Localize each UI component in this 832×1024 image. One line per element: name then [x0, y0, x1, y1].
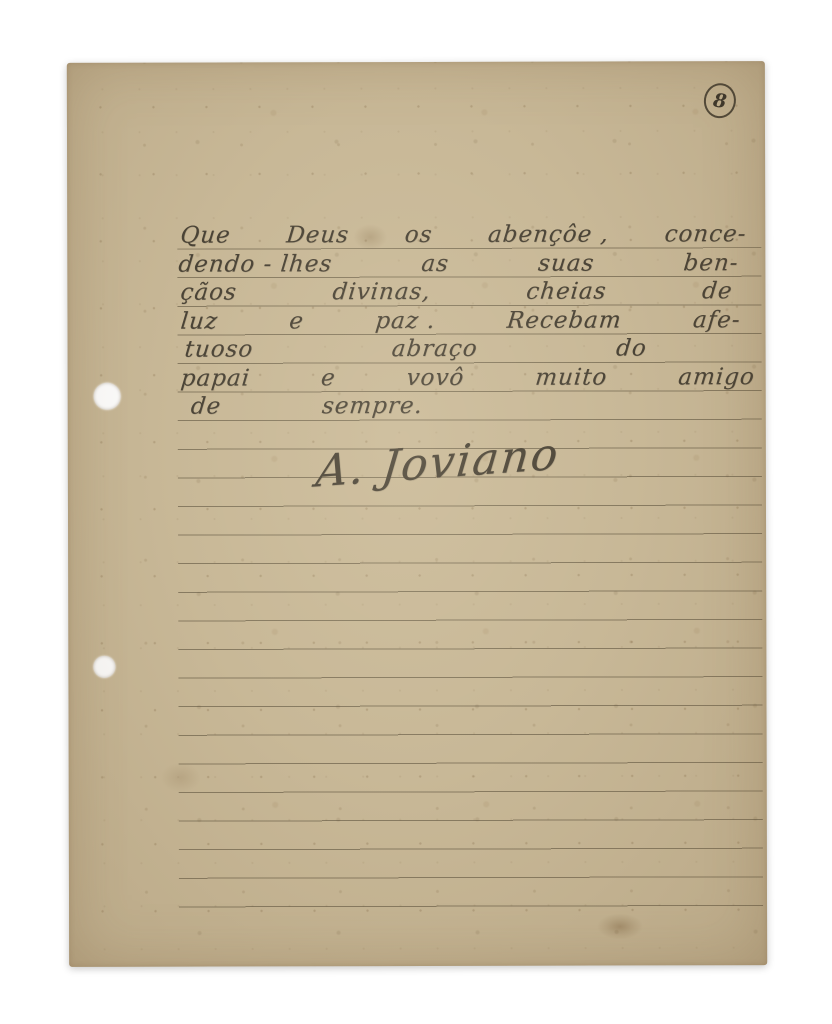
handwritten-word: e	[288, 308, 305, 334]
ruled-lines	[177, 247, 763, 911]
handwriting-line-1: Que Deus os abençôe , conce-	[179, 221, 748, 252]
handwritten-word: de	[190, 394, 223, 420]
handwritten-word: abençôe ,	[487, 221, 610, 247]
handwritten-word: paz .	[374, 308, 437, 334]
punch-hole-top	[94, 383, 121, 410]
foxing-stain	[597, 913, 643, 939]
handwritten-word: suas	[537, 251, 596, 277]
handwriting-line-2: dendo - lhes as suas ben-	[177, 250, 740, 281]
handwritten-word: do	[615, 335, 648, 361]
handwritten-word: conce-	[663, 221, 747, 247]
foxing-stain	[353, 224, 387, 250]
handwritten-word: dendo - lhes	[177, 251, 333, 277]
punch-hole-bottom	[93, 656, 115, 678]
page-number-badge: 8	[702, 81, 738, 120]
handwritten-word: tuoso	[183, 336, 254, 362]
handwriting-line-6: papai e vovô muito amigo	[179, 364, 756, 396]
signature: A. Joviano	[314, 425, 609, 498]
foxing-stain	[161, 763, 201, 793]
handwritten-word: sempre.	[321, 393, 425, 419]
handwritten-word: amigo	[677, 364, 756, 390]
handwriting-line-3: çãos divinas, cheias de	[179, 278, 734, 309]
handwritten-word: as	[420, 251, 450, 277]
handwriting-line-4: luz e paz . Recebam afe-	[179, 307, 742, 338]
handwritten-word: Recebam	[506, 307, 623, 333]
handwritten-word: abraço	[390, 336, 479, 362]
handwritten-word: ben-	[682, 250, 740, 276]
handwriting-line-7: de sempre.	[189, 393, 424, 424]
paper-sheet: 8 Que Deus os abençôe , conce- dendo - l…	[67, 61, 767, 967]
handwritten-word: papai	[180, 365, 252, 391]
handwritten-word: Que	[179, 222, 232, 248]
handwritten-word: divinas,	[331, 279, 432, 305]
handwritten-word: afe-	[692, 307, 742, 333]
handwritten-word: luz	[179, 309, 219, 335]
scanned-letter-page: 8 Que Deus os abençôe , conce- dendo - l…	[0, 0, 832, 1024]
handwriting-line-5: tuoso abraço do	[183, 335, 648, 366]
handwritten-word: muito	[534, 364, 609, 390]
handwritten-word: e	[320, 365, 337, 391]
handwritten-word: vovô	[405, 365, 465, 391]
page-number-value: 8	[712, 89, 728, 113]
handwritten-word: cheias	[525, 278, 608, 304]
handwritten-word: Deus	[285, 222, 350, 248]
handwritten-word: os	[403, 222, 433, 248]
handwritten-word: çãos	[179, 279, 238, 305]
handwritten-word: de	[701, 278, 734, 304]
